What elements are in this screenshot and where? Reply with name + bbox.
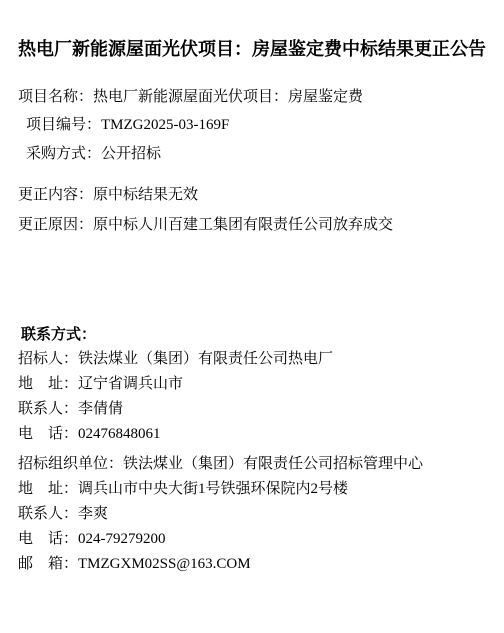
organizer-phone-label: 电 话：: [18, 531, 78, 547]
procurement-method-label: 采购方式：: [26, 146, 101, 162]
tenderer-address-label: 地 址：: [18, 376, 78, 392]
tenderer-contact-person-row: 联系人：李倩倩: [18, 401, 123, 417]
tenderer-contact-person-label: 联系人：: [18, 401, 78, 417]
tenderer-address-row: 地 址：辽宁省调兵山市: [18, 376, 183, 392]
correction-content-value: 原中标结果无效: [93, 187, 198, 203]
organizer-name-row: 招标组织单位：铁法煤业（集团）有限责任公司招标管理中心: [18, 456, 423, 472]
project-number-row: 项目编号：TMZG2025-03-169F: [26, 117, 229, 133]
correction-content-row: 更正内容：原中标结果无效: [18, 187, 198, 203]
project-number-label: 项目编号：: [26, 117, 101, 133]
project-name-value: 热电厂新能源屋面光伏项目：房屋鉴定费: [93, 89, 363, 105]
tenderer-name-row: 招标人：铁法煤业（集团）有限责任公司热电厂: [18, 351, 333, 367]
project-number-value: TMZG2025-03-169F: [101, 117, 229, 133]
announcement-title: 热电厂新能源屋面光伏项目：房屋鉴定费中标结果更正公告: [0, 36, 504, 62]
procurement-method-row: 采购方式：公开招标: [26, 146, 161, 162]
organizer-address-label: 地 址：: [18, 481, 78, 497]
tenderer-phone-label: 电 话：: [18, 426, 78, 442]
tenderer-address-value: 辽宁省调兵山市: [78, 376, 183, 392]
organizer-email-value: TMZGXM02SS@163.COM: [78, 556, 251, 572]
organizer-address-row: 地 址：调兵山市中央大街1号铁强环保院内2号楼: [18, 481, 348, 497]
tenderer-phone-value: 02476848061: [78, 426, 161, 442]
organizer-contact-person-value: 李爽: [78, 506, 108, 522]
correction-content-label: 更正内容：: [18, 187, 93, 203]
organizer-name-label: 招标组织单位：: [18, 456, 123, 472]
organizer-email-label: 邮 箱：: [18, 556, 78, 572]
organizer-contact-person-row: 联系人：李爽: [18, 506, 108, 522]
announcement-document: 热电厂新能源屋面光伏项目：房屋鉴定费中标结果更正公告 项目名称：热电厂新能源屋面…: [0, 0, 504, 633]
correction-reason-row: 更正原因：原中标人川百建工集团有限责任公司放弃成交: [18, 217, 393, 233]
organizer-address-value: 调兵山市中央大街1号铁强环保院内2号楼: [78, 481, 348, 497]
correction-reason-value: 原中标人川百建工集团有限责任公司放弃成交: [93, 217, 393, 233]
tenderer-phone-row: 电 话：02476848061: [18, 426, 161, 442]
project-name-row: 项目名称：热电厂新能源屋面光伏项目：房屋鉴定费: [18, 89, 363, 105]
tenderer-name-value: 铁法煤业（集团）有限责任公司热电厂: [78, 351, 333, 367]
organizer-phone-row: 电 话：024-79279200: [18, 531, 166, 547]
correction-reason-label: 更正原因：: [18, 217, 93, 233]
tenderer-contact-person-value: 李倩倩: [78, 401, 123, 417]
organizer-name-value: 铁法煤业（集团）有限责任公司招标管理中心: [123, 456, 423, 472]
organizer-contact-person-label: 联系人：: [18, 506, 78, 522]
tenderer-name-label: 招标人：: [18, 351, 78, 367]
procurement-method-value: 公开招标: [101, 146, 161, 162]
organizer-email-row: 邮 箱：TMZGXM02SS@163.COM: [18, 556, 251, 572]
organizer-phone-value: 024-79279200: [78, 531, 166, 547]
contact-section-heading: 联系方式：: [21, 327, 96, 343]
project-name-label: 项目名称：: [18, 89, 93, 105]
